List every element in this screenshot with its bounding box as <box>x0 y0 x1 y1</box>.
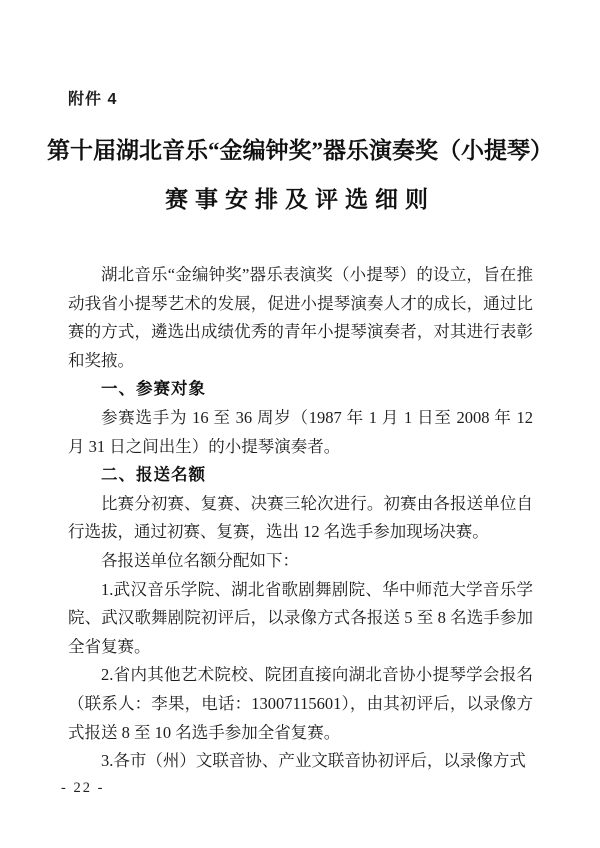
paragraph: 各报送单位名额分配如下： <box>68 547 533 576</box>
section-heading: 二、报送名额 <box>68 461 533 490</box>
section-heading: 一、参赛对象 <box>68 375 533 404</box>
paragraph: 比赛分初赛、复赛、决赛三轮次进行。初赛由各报送单位自行选拔，通过初赛、复赛，选出… <box>68 490 533 547</box>
paragraph: 1.武汉音乐学院、湖北省歌剧舞剧院、华中师范大学音乐学院、武汉歌舞剧院初评后，以… <box>68 576 533 662</box>
document-page: 附件 4 第十届湖北音乐“金编钟奖”器乐演奏奖（小提琴） 赛事安排及评选细则 湖… <box>0 0 600 848</box>
paragraph: 参赛选手为 16 至 36 周岁（1987 年 1 月 1 日至 2008 年 … <box>68 404 533 461</box>
document-title-line2: 赛事安排及评选细则 <box>34 176 566 224</box>
paragraph: 湖北音乐“金编钟奖”器乐表演奖（小提琴）的设立，旨在推动我省小提琴艺术的发展，促… <box>68 261 533 375</box>
paragraph: 3.各市（州）文联音协、产业文联音协初评后，以录像方式 <box>68 747 533 776</box>
document-body: 湖北音乐“金编钟奖”器乐表演奖（小提琴）的设立，旨在推动我省小提琴艺术的发展，促… <box>68 261 533 776</box>
page-number: - 22 - <box>61 777 104 799</box>
document-title-line1: 第十届湖北音乐“金编钟奖”器乐演奏奖（小提琴） <box>34 126 566 176</box>
attachment-label: 附件 4 <box>68 86 117 109</box>
document-title: 第十届湖北音乐“金编钟奖”器乐演奏奖（小提琴） 赛事安排及评选细则 <box>34 126 566 224</box>
paragraph: 2.省内其他艺术院校、院团直接向湖北音协小提琴学会报名（联系人：李果，电话：13… <box>68 661 533 747</box>
